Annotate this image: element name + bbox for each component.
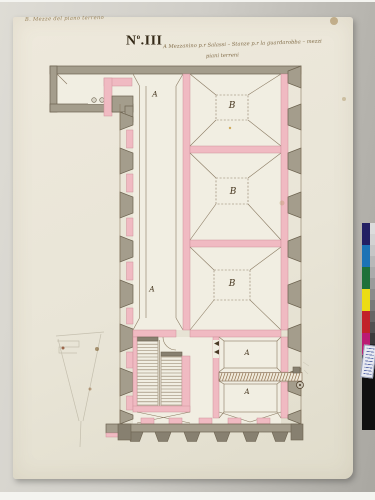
room-label: B — [229, 101, 236, 111]
photographed-drawing: B. Mezze del piano terreno No.III A Mezz… — [0, 0, 375, 500]
colorbar-gray-step — [370, 289, 375, 300]
annotation-line-2: piani terreni — [206, 52, 239, 59]
divider-wall — [183, 74, 190, 330]
colorbar-gray-step — [370, 278, 375, 289]
top-wall — [50, 66, 301, 74]
floor-plan-drawing — [0, 0, 375, 500]
colorbar-grayscale-column — [370, 223, 375, 355]
stair-landing-edge — [137, 337, 158, 341]
colorbar-gray-step — [370, 333, 375, 344]
colorbar-gray-step — [370, 256, 375, 267]
ink-dot — [229, 127, 231, 129]
title-n: N — [126, 34, 137, 49]
colorbar-patch — [362, 267, 370, 289]
buttresses — [127, 432, 288, 442]
room-interiors — [57, 74, 281, 424]
title-rest: .III — [141, 34, 163, 49]
colorbar-gray-step — [370, 322, 375, 333]
colorbar-patch — [362, 245, 370, 267]
room-label: B — [230, 187, 237, 197]
room-label: A — [152, 90, 157, 99]
plan-number-title: No.III — [126, 33, 162, 50]
sticker-scribble — [363, 348, 374, 376]
room-label: A — [244, 349, 249, 357]
colorbar-gray-step — [370, 234, 375, 245]
stair-landing-edge — [161, 352, 182, 356]
colorbar-patch — [362, 289, 370, 311]
left-wall-pink-jambs — [127, 130, 134, 410]
colorbar-patch — [362, 311, 370, 333]
room-label: A — [149, 285, 154, 294]
colorbar-gray-step — [370, 267, 375, 278]
colorbar-gray-step — [370, 245, 375, 256]
colorbar-patch — [362, 223, 370, 245]
room-label: B — [229, 279, 236, 289]
colorbar-gray-step — [370, 223, 375, 234]
colorbar-gray-step — [370, 300, 375, 311]
colorbar-color-column — [362, 223, 370, 355]
colorbar-gray-step — [370, 311, 375, 322]
room-label: A — [244, 388, 249, 396]
